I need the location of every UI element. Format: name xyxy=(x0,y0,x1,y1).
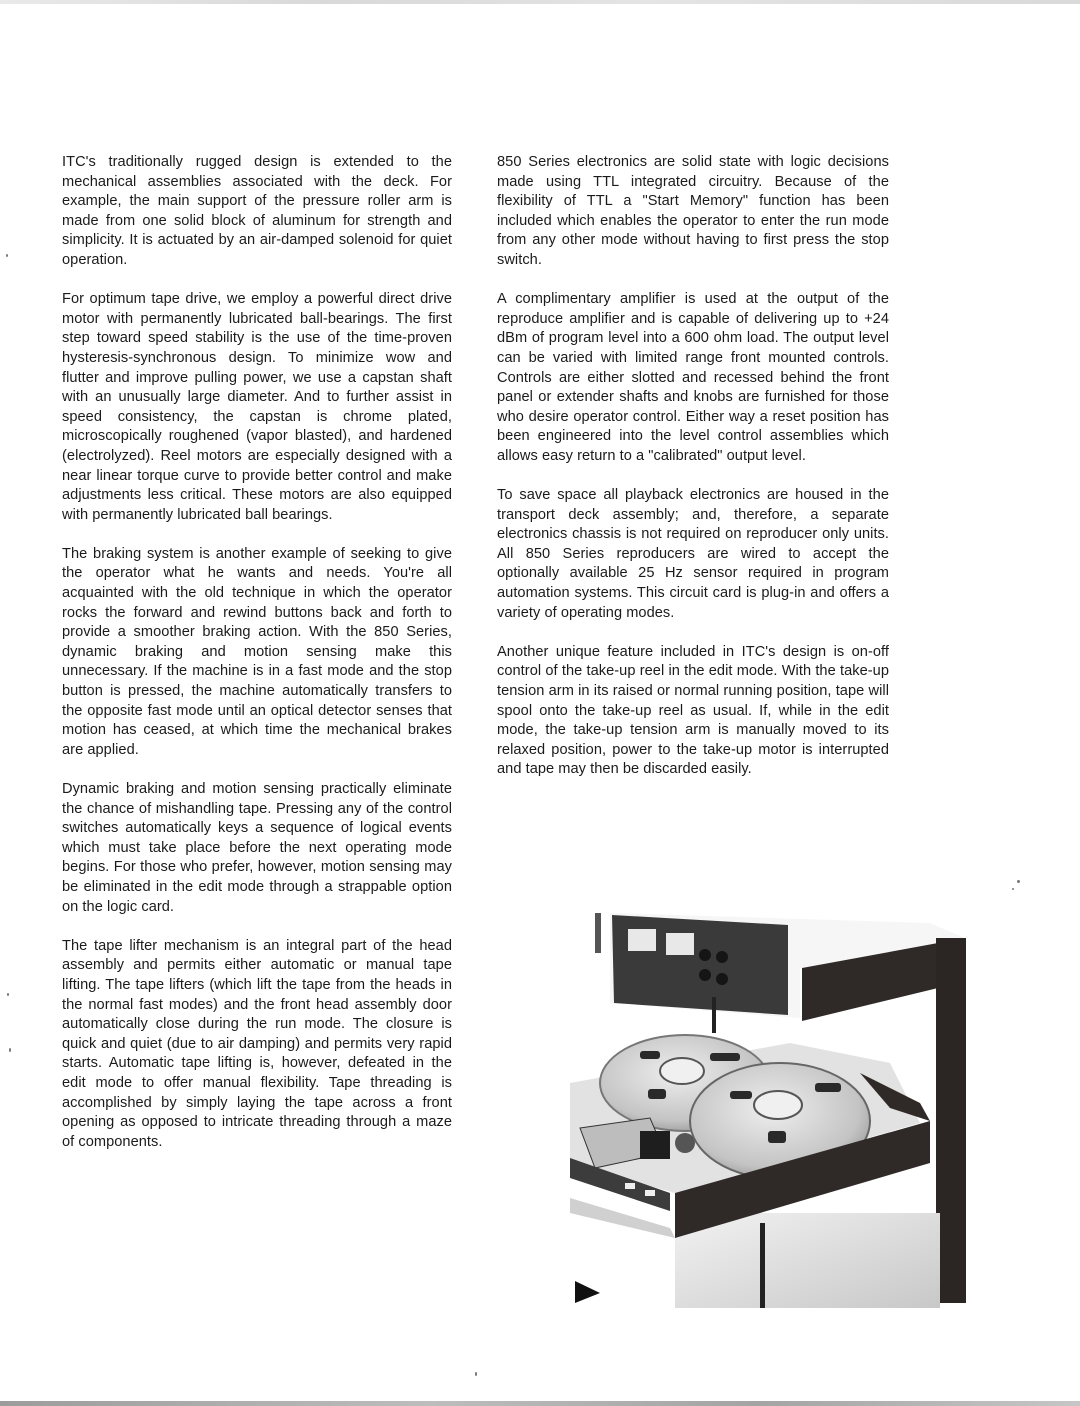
tape-machine-photo xyxy=(570,893,982,1308)
scan-speck xyxy=(1017,880,1020,883)
left-text-column: ITC's traditionally rugged design is ext… xyxy=(62,153,452,1172)
scan-speck xyxy=(6,254,8,257)
paragraph-ttl-electronics: 850 Series electronics are solid state w… xyxy=(497,153,889,271)
scan-speck xyxy=(475,1372,477,1376)
paragraph-dynamic-braking: Dynamic braking and motion sensing pract… xyxy=(62,780,452,917)
paragraph-tape-lifter: The tape lifter mechanism is an integral… xyxy=(62,937,452,1153)
paragraph-braking-system: The braking system is another example of… xyxy=(62,545,452,761)
paragraph-playback-electronics: To save space all playback electronics a… xyxy=(497,486,889,623)
scan-speck xyxy=(7,993,9,996)
tape-machine-illustration xyxy=(570,893,982,1308)
scan-speck xyxy=(1012,888,1014,890)
paragraph-mechanical-assemblies: ITC's traditionally rugged design is ext… xyxy=(62,153,452,271)
scan-edge-bottom xyxy=(0,1401,1080,1406)
paragraph-take-up-reel: Another unique feature included in ITC's… xyxy=(497,643,889,780)
right-text-column: 850 Series electronics are solid state w… xyxy=(497,153,889,800)
scan-edge-top xyxy=(0,0,1080,4)
paragraph-tape-drive-motor: For optimum tape drive, we employ a powe… xyxy=(62,290,452,525)
paragraph-amplifier: A complimentary amplifier is used at the… xyxy=(497,290,889,466)
scan-speck xyxy=(9,1048,11,1052)
